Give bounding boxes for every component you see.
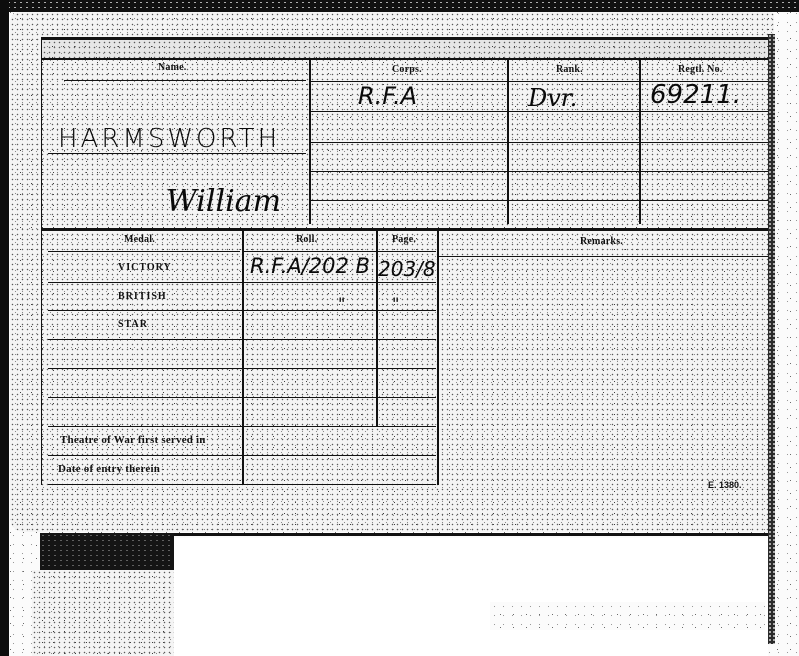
theatre-label: Theatre of War first served in xyxy=(60,434,206,446)
page-entry-british: " xyxy=(392,294,399,313)
roll-entry-victory: R.F.A/202 B xyxy=(250,254,370,278)
date-row-rule xyxy=(48,484,436,485)
date-label: Date of entry therein xyxy=(58,463,160,475)
forename-entry: William xyxy=(166,184,281,219)
medal-name-victory: VICTORY xyxy=(118,262,172,273)
scan-left-edge xyxy=(0,0,9,656)
medal-row-rule-3 xyxy=(48,339,436,340)
corps-row-rule-3 xyxy=(311,142,769,143)
below-card-left-texture xyxy=(32,570,174,656)
roll-header: Roll. xyxy=(296,234,317,245)
medal-row-rule-2 xyxy=(48,310,436,311)
page-header: Page. xyxy=(392,234,416,245)
rank-header: Rank. xyxy=(556,64,583,75)
card-corner-shadow xyxy=(40,533,174,571)
rank-entry: Dvr. xyxy=(528,84,577,112)
corps-entry: R.F.A xyxy=(358,82,417,110)
regt-no-entry: 69211. xyxy=(650,80,741,110)
medal-header-rule xyxy=(48,251,240,252)
medal-row-rule-1 xyxy=(48,282,436,283)
corps-row-rule-5 xyxy=(311,200,769,201)
card-top-rule xyxy=(42,37,774,40)
theatre-row-rule xyxy=(48,455,436,456)
card-right-edge xyxy=(768,34,775,644)
medal-name-star: STAR xyxy=(118,319,148,330)
scan-noise-strip xyxy=(490,602,765,630)
medal-row-rule-5 xyxy=(48,397,436,398)
regt-no-header: Regtl. No. xyxy=(678,64,723,75)
medal-name-british: BRITISH xyxy=(118,291,167,302)
section-divider xyxy=(42,228,774,231)
card-header-strip xyxy=(42,40,772,58)
medal-row-rule-4 xyxy=(48,368,436,369)
scan-top-edge xyxy=(0,0,799,12)
surname-entry: HARMSWORTH xyxy=(58,124,280,154)
remarks-header: Remarks. xyxy=(580,236,623,247)
medal-row-rule-6 xyxy=(48,426,436,427)
remarks-header-rule xyxy=(439,256,769,257)
page-entry-victory: 203/8 xyxy=(378,257,436,281)
roll-header-rule xyxy=(244,251,436,252)
name-header: Name. xyxy=(158,62,187,73)
roll-entry-british: " xyxy=(338,294,345,313)
col-divider-page-remarks xyxy=(437,231,439,485)
name-header-underline xyxy=(64,80,306,81)
card-left-rule xyxy=(41,37,42,485)
corps-header: Corps. xyxy=(392,64,422,75)
form-code: E. 1380. xyxy=(708,480,742,490)
medal-header: Medal. xyxy=(124,234,155,245)
col-divider-medal-roll xyxy=(242,231,244,485)
card-header-rule xyxy=(42,58,774,60)
corps-row-rule-4 xyxy=(311,171,769,172)
blank-area-below-card xyxy=(174,538,768,656)
